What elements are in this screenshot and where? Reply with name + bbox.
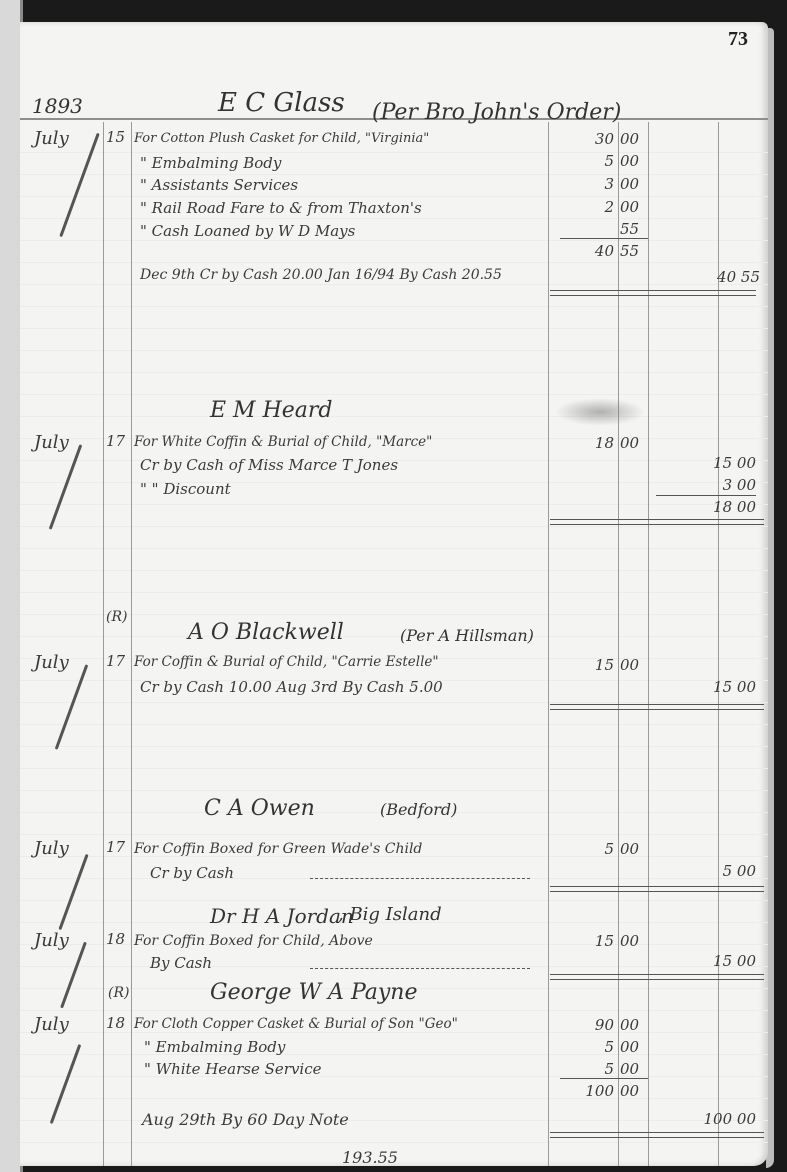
entry-month: July (34, 434, 69, 452)
debit-dollars: 2 (568, 200, 614, 215)
entry-month: July (34, 1016, 69, 1034)
entry-line: By Cash (150, 956, 212, 971)
entry-month: July (34, 654, 69, 672)
debit-cents: 00 (620, 177, 644, 192)
account-name: E M Heard (210, 400, 333, 422)
account-name: E C Glass (218, 90, 345, 116)
day-column-rule (131, 122, 132, 1166)
debit-dollars: 15 (568, 658, 614, 673)
debit-cents: 00 (620, 658, 644, 673)
entry-day: 17 (106, 654, 125, 669)
entry-line: For White Coffin & Burial of Child, "Mar… (134, 436, 432, 450)
credit-amount: 3 00 (670, 478, 756, 493)
entry-line: Cr by Cash (150, 866, 234, 881)
debit-dollars: 3 (568, 177, 614, 192)
debit-cents: 00 (620, 200, 644, 215)
entry-line: " Embalming Body (144, 1040, 285, 1055)
account-name: C A Owen (204, 798, 315, 820)
credit-amount: 15 00 (670, 680, 756, 695)
account-note: , Big Island (338, 906, 442, 924)
credit-amount: 15 00 (670, 456, 756, 471)
entry-line: " White Hearse Service (144, 1062, 322, 1077)
debit-cents: 00 (620, 436, 644, 451)
entry-day: 18 (106, 1016, 125, 1031)
checkmark-stroke (55, 664, 89, 750)
checkmark-stroke (49, 444, 83, 530)
debit-cents: 00 (620, 934, 644, 949)
debit-cents: 00 (620, 842, 644, 857)
debit-dollars: 18 (568, 436, 614, 451)
subtotal-dollars: 40 (568, 244, 614, 259)
ledger-page: 73 1893 E C Glass (Per Bro John's Order)… (20, 22, 768, 1166)
debit-dollars: 5 (568, 842, 614, 857)
debit-dollars: 5 (568, 1062, 614, 1077)
ink-smudge (555, 398, 645, 426)
account-name: Dr H A Jordan (210, 906, 354, 926)
entry-line: " Rail Road Fare to & from Thaxton's (140, 201, 422, 216)
date-column-rule (103, 122, 104, 1166)
account-name: George W A Payne (210, 982, 418, 1004)
credit-amount: 100 00 (670, 1112, 756, 1127)
entry-line: " Assistants Services (140, 178, 298, 193)
account-mark: (R) (108, 986, 129, 1000)
entry-line: Cr by Cash of Miss Marce T Jones (140, 458, 398, 473)
credit-column-rule (648, 122, 649, 1166)
entry-line: " Cash Loaned by W D Mays (140, 224, 355, 239)
credit-note: Dec 9th Cr by Cash 20.00 Jan 16/94 By Ca… (140, 268, 502, 282)
debit-dollars: 90 (568, 1018, 614, 1033)
account-note: (Bedford) (380, 802, 457, 818)
page-total: 193.55 (342, 1150, 398, 1166)
entry-month: July (34, 932, 69, 950)
entry-line: For Coffin & Burial of Child, "Carrie Es… (134, 656, 439, 670)
account-mark: (R) (106, 610, 127, 624)
account-note: (Per Bro John's Order) (372, 102, 621, 124)
credit-amount: 15 00 (670, 954, 756, 969)
entry-day: 15 (106, 130, 125, 145)
debit-cents: 00 (620, 1018, 644, 1033)
entry-line: For Coffin Boxed for Child, Above (134, 934, 373, 948)
debit-dollars: 15 (568, 934, 614, 949)
entry-line: For Cotton Plush Casket for Child, "Virg… (134, 132, 429, 145)
subtotal-cents: 00 (620, 1084, 644, 1099)
debit-dollars: 30 (568, 132, 614, 147)
debit-dollars: 5 (568, 1040, 614, 1055)
credit-total: 18 00 (670, 500, 756, 515)
checkmark-stroke (58, 854, 88, 930)
debit-cents: 00 (620, 132, 644, 147)
account-note: (Per A Hillsman) (400, 628, 534, 644)
debit-dollars: 5 (568, 154, 614, 169)
checkmark-stroke (60, 942, 87, 1009)
checkmark-stroke (50, 1044, 82, 1124)
debit-column-rule (548, 122, 549, 1166)
entry-month: July (34, 130, 69, 148)
debit-cents: 00 (620, 1062, 644, 1077)
debit-cents: 00 (620, 1040, 644, 1055)
entry-line: " Embalming Body (140, 156, 281, 171)
page-number: 73 (728, 28, 748, 51)
ledger-year: 1893 (32, 96, 83, 116)
entry-line: Cr by Cash 10.00 Aug 3rd By Cash 5.00 (140, 680, 443, 695)
account-name: A O Blackwell (188, 622, 344, 644)
cents-column-rule (618, 122, 619, 1166)
entry-month: July (34, 840, 69, 858)
entry-day: 17 (106, 840, 125, 855)
entry-line: For Cloth Copper Casket & Burial of Son … (134, 1018, 458, 1032)
credit-amount: 40 55 (670, 270, 760, 285)
entry-line: For Coffin Boxed for Green Wade's Child (134, 842, 422, 856)
entry-day: 18 (106, 932, 125, 947)
subtotal-dollars: 100 (568, 1084, 614, 1099)
subtotal-cents: 55 (620, 244, 644, 259)
credit-amount: 5 00 (670, 864, 756, 879)
debit-cents: 55 (620, 222, 644, 237)
entry-line: " " Discount (140, 482, 231, 497)
credit-note: Aug 29th By 60 Day Note (142, 1112, 349, 1128)
debit-cents: 00 (620, 154, 644, 169)
entry-day: 17 (106, 434, 125, 449)
